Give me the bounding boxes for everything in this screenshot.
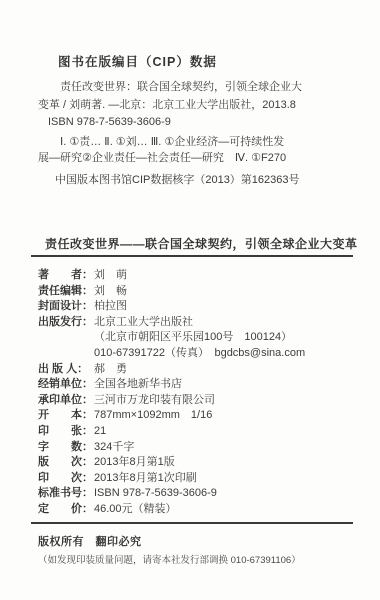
- colophon-value: 2013年8月第1次印刷: [94, 472, 197, 484]
- cip-registry-line: 中国版本图书馆CIP数据核字（2013）第162363号: [55, 171, 300, 187]
- cip-classification-line: 展—研究②企业责任—社会责任—研究 Ⅳ. ①F270: [38, 150, 338, 166]
- title-divider-rule: [31, 255, 353, 257]
- colophon-value: 郝 勇: [94, 363, 127, 375]
- cip-record-line: 责任改变世界：联合国全球契约，引领全球企业大: [38, 79, 338, 97]
- colophon-label: 著 者：: [38, 268, 94, 284]
- colophon-row: 封面设计：柏拉图: [38, 299, 305, 315]
- colophon-value: 三河市万龙印装有限公司: [94, 394, 215, 406]
- colophon-row: 著 者：刘 萌: [38, 268, 305, 284]
- copyright-notice: 版权所有 翻印必究: [38, 533, 142, 549]
- cip-heading: 图书在版编目（CIP）数据: [58, 52, 217, 70]
- colophon-value: 21: [94, 425, 106, 437]
- colophon-label: 出 版 人：: [38, 362, 94, 378]
- colophon-value: 324千字: [94, 441, 134, 453]
- colophon-value: 2013年8月第1版: [94, 456, 175, 468]
- colophon-row: 承印单位：三河市万龙印装有限公司: [38, 393, 305, 409]
- colophon-value: 010-67391722（传真） bgdcbs@sina.com: [94, 347, 305, 359]
- colophon-label: 印 张：: [38, 424, 94, 440]
- colophon-row: 出 版 人：郝 勇: [38, 362, 305, 378]
- book-copyright-page: 图书在版编目（CIP）数据 责任改变世界：联合国全球契约，引领全球企业大 变革 …: [0, 0, 380, 600]
- colophon-label: 标准书号：: [38, 486, 94, 502]
- colophon-value: 北京工业大学出版社: [94, 316, 193, 328]
- quality-exchange-note: （如发现印装质量问题，请寄本社发行部调换 010-67391106）: [38, 552, 301, 566]
- colophon-label: 印 次：: [38, 471, 94, 487]
- colophon-row: 印 次：2013年8月第1次印刷: [38, 471, 305, 487]
- footer-divider-rule: [31, 522, 353, 524]
- colophon-row: 标准书号：ISBN 978-7-5639-3606-9: [38, 486, 305, 502]
- colophon-row: 责任编辑：刘 畅: [38, 284, 305, 300]
- cip-classification-paragraph: Ⅰ. ①责… Ⅱ. ①刘… Ⅲ. ①企业经济—可持续性发 展—研究②企业责任—社…: [38, 134, 338, 166]
- colophon-label: 承印单位：: [38, 393, 94, 409]
- colophon-row: 开 本：787mm×1092mm 1/16: [38, 408, 305, 424]
- colophon-label: 定 价：: [38, 502, 94, 518]
- colophon-row: 印 张：21: [38, 424, 305, 440]
- colophon-value: 刘 萌: [94, 269, 127, 281]
- colophon-label: 开 本：: [38, 408, 94, 424]
- colophon-row: 010-67391722（传真） bgdcbs@sina.com: [38, 346, 305, 362]
- colophon-label: 出版发行：: [38, 315, 94, 331]
- colophon-row: （北京市朝阳区平乐园100号 100124）: [38, 330, 305, 346]
- colophon-value: ISBN 978-7-5639-3606-9: [94, 487, 217, 499]
- colophon-row: 经销单位：全国各地新华书店: [38, 377, 305, 393]
- colophon-value: （北京市朝阳区平乐园100号 100124）: [94, 331, 292, 343]
- cip-isbn-line: ISBN 978-7-5639-3606-9: [38, 114, 338, 132]
- colophon-value: 刘 畅: [94, 285, 127, 297]
- colophon-value: 柏拉图: [94, 300, 127, 312]
- colophon-label: 责任编辑：: [38, 284, 94, 300]
- cip-record-line: 变革 / 刘萌著. —北京：北京工业大学出版社，2013.8: [38, 97, 338, 115]
- colophon-label: 字 数：: [38, 440, 94, 456]
- colophon-row: 版 次：2013年8月第1版: [38, 455, 305, 471]
- colophon-value: 787mm×1092mm 1/16: [94, 409, 212, 421]
- colophon-value: 46.00元（精装）: [94, 503, 177, 515]
- colophon-label: 经销单位：: [38, 377, 94, 393]
- colophon-value: 全国各地新华书店: [94, 378, 182, 390]
- colophon-row: 出版发行：北京工业大学出版社: [38, 315, 305, 331]
- colophon-list: 著 者：刘 萌责任编辑：刘 畅封面设计：柏拉图出版发行：北京工业大学出版社（北京…: [38, 268, 305, 518]
- colophon-row: 定 价：46.00元（精装）: [38, 502, 305, 518]
- cip-classification-line: Ⅰ. ①责… Ⅱ. ①刘… Ⅲ. ①企业经济—可持续性发: [38, 134, 338, 150]
- cip-record-paragraph: 责任改变世界：联合国全球契约，引领全球企业大 变革 / 刘萌著. —北京：北京工…: [38, 79, 338, 132]
- colophon-row: 字 数：324千字: [38, 440, 305, 456]
- colophon-label: 版 次：: [38, 455, 94, 471]
- colophon-label: 封面设计：: [38, 299, 94, 315]
- book-title: 责任改变世界——联合国全球契约，引领全球企业大变革: [45, 235, 358, 252]
